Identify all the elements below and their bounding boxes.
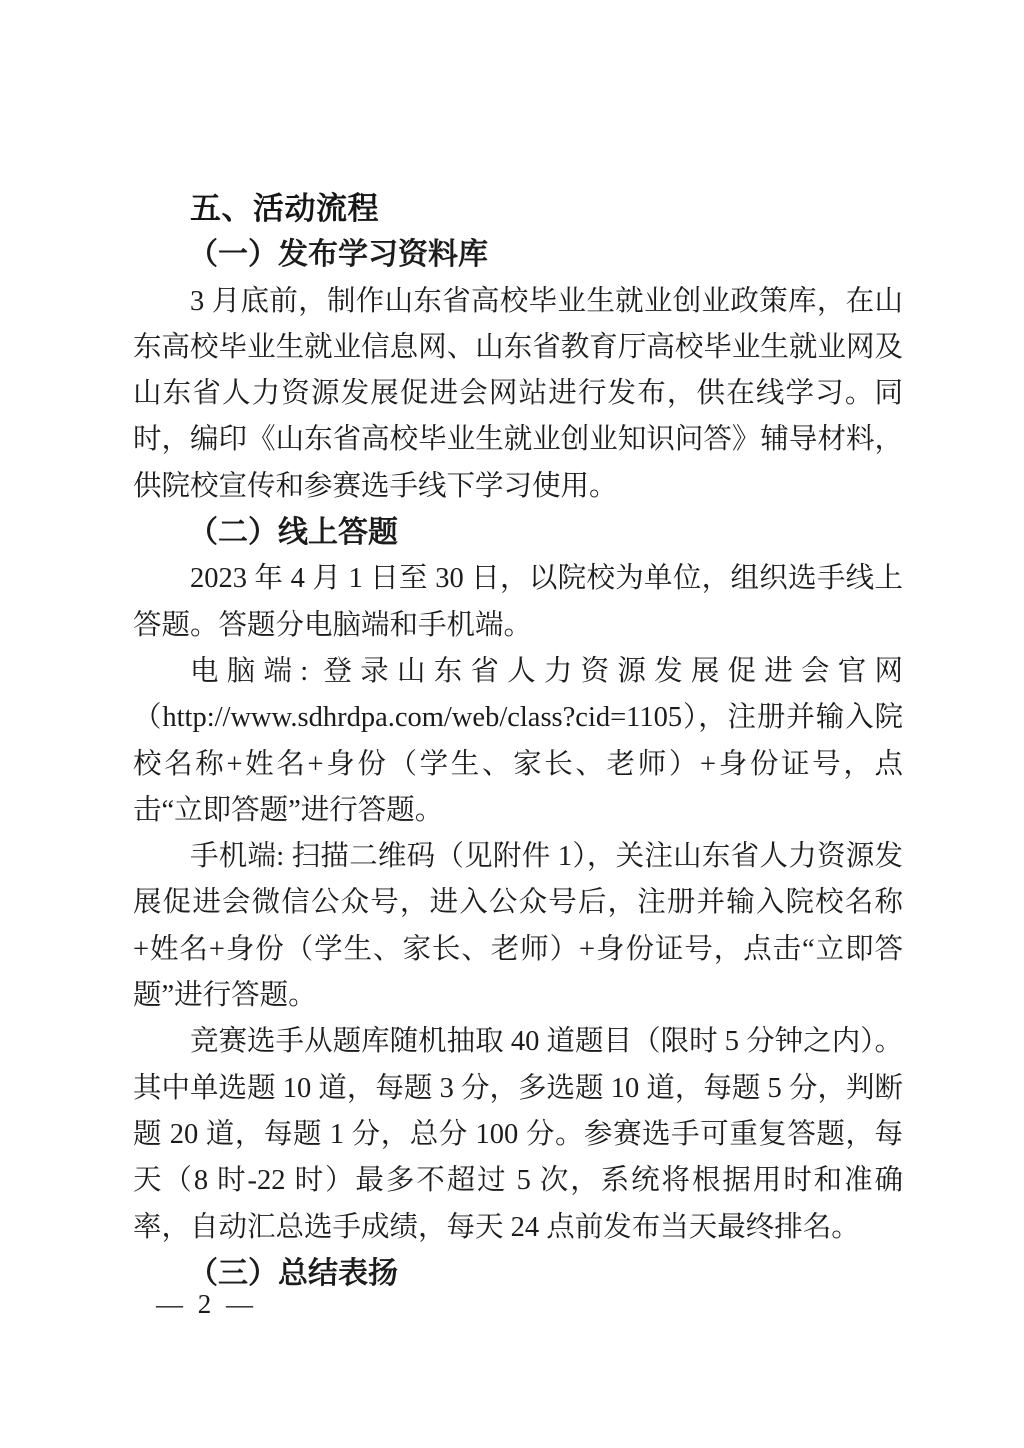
paragraph-study-library: 3 月底前，制作山东省高校毕业生就业创业政策库，在山东高校毕业生就业信息网、山东… [133,279,903,510]
document-body: 五、活动流程 （一）发布学习资料库 3 月底前，制作山东省高校毕业生就业创业政策… [133,186,903,1297]
paragraph-online-answer-intro: 2023 年 4 月 1 日至 30 日，以院校为单位，组织选手线上答题。答题分… [133,556,903,649]
document-page: 五、活动流程 （一）发布学习资料库 3 月底前，制作山东省高校毕业生就业创业政策… [0,0,1024,1448]
paragraph-mobile-client: 手机端: 扫描二维码（见附件 1），关注山东省人力资源发展促进会微信公众号，进入… [133,834,903,1019]
paragraph-pc-client: 电脑端: 登录山东省人力资源发展促进会官网（http://www.sdhrdpa… [133,649,903,834]
subsection-heading-1: （一）发布学习资料库 [133,232,903,278]
subsection-heading-2: （二）线上答题 [133,510,903,556]
section-heading: 五、活动流程 [133,186,903,232]
paragraph-quiz-rules: 竞赛选手从题库随机抽取 40 道题目（限时 5 分钟之内）。其中单选题 10 道… [133,1019,903,1250]
page-number: — 2 — [156,1288,257,1320]
